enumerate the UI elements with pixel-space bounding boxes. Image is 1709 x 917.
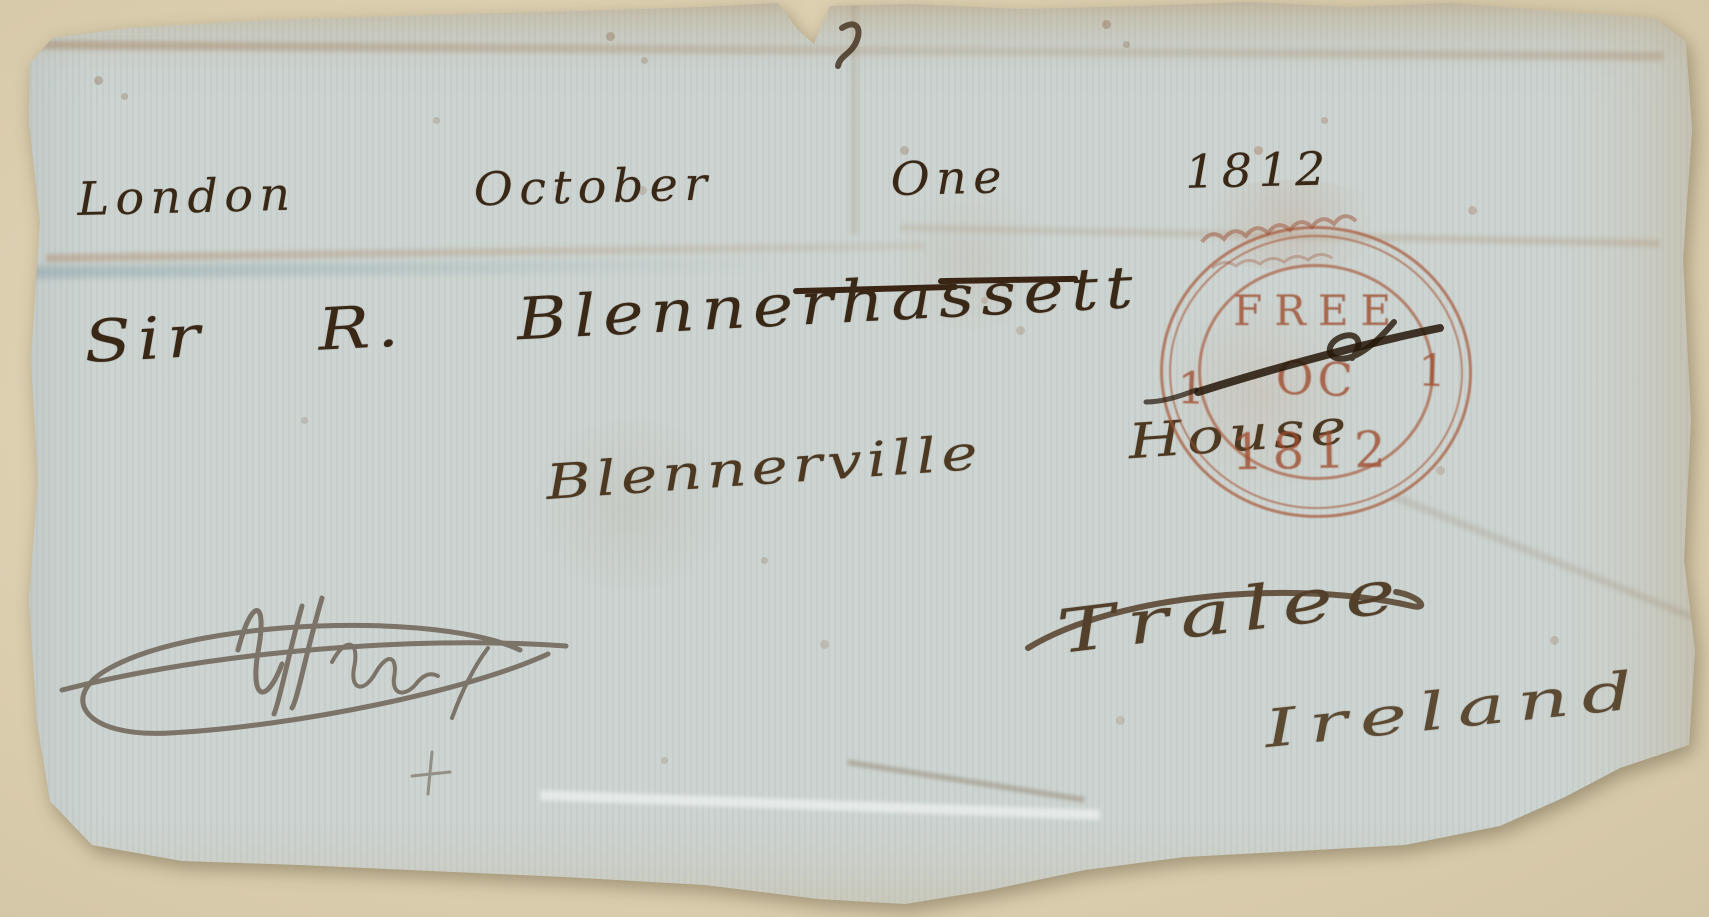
tralee-flourish xyxy=(1028,592,1421,648)
postmark-scallop-smudge2 xyxy=(1212,254,1332,268)
addressee-handwriting: Sir R. Blennerhassett xyxy=(82,253,1141,376)
foxing-spots xyxy=(0,0,5,5)
postmark-year: 1812 xyxy=(1157,419,1470,482)
ink-smudge xyxy=(1150,300,1370,490)
letter-paper-shadow: London October One 1812 Sir R. Blennerha… xyxy=(0,0,1709,917)
ink-stroke-over-stamp xyxy=(1198,328,1440,392)
crease-vertical xyxy=(851,0,857,235)
ink-flourishes xyxy=(0,0,1709,917)
paper-curl-mark xyxy=(838,24,859,66)
postmark-month: OC xyxy=(1275,351,1358,408)
ink-tail-left-of-stamp xyxy=(1146,390,1196,402)
postmark-right-digit: 1 xyxy=(1417,346,1447,398)
postmark-scallop-smudge xyxy=(1202,216,1356,242)
address-house-line: Blennerville House xyxy=(544,399,1353,511)
ink-loop-over-stamp xyxy=(1330,322,1394,359)
address-town-line: Tralee xyxy=(1053,556,1411,668)
crease-middle-right xyxy=(900,224,1660,247)
photo-of-letter: London October One 1812 Sir R. Blennerha… xyxy=(0,0,1709,917)
crease-middle-left xyxy=(46,242,926,262)
stain xyxy=(880,190,1060,330)
crease-bottom-tear xyxy=(847,759,1085,802)
fold-shadow xyxy=(20,258,780,279)
postmark-second-ring xyxy=(1164,230,1467,514)
postmark-smudge xyxy=(1180,180,1400,270)
letter-paper: London October One 1812 Sir R. Blennerha… xyxy=(0,0,1709,917)
dateline-handwriting: London October One 1812 xyxy=(77,141,1333,226)
dateline-underline xyxy=(938,276,1078,284)
address-country-line: Ireland xyxy=(1262,660,1648,760)
crease-bottom-right xyxy=(1392,493,1709,634)
postmark-inner-ring xyxy=(1194,260,1437,484)
free-frank-postmark: FREE 1 OC 1 1812 xyxy=(1155,221,1477,524)
postmark-outer-ring xyxy=(1155,221,1477,524)
stain xyxy=(520,420,740,590)
crease-bottom-highlight xyxy=(540,790,1100,820)
dateline-underline xyxy=(793,284,958,294)
postmark-left-digit: 1 xyxy=(1176,363,1206,415)
postmark-free-text: FREE xyxy=(1162,286,1474,335)
crease-top xyxy=(34,40,1664,60)
frank-signature xyxy=(62,598,566,794)
